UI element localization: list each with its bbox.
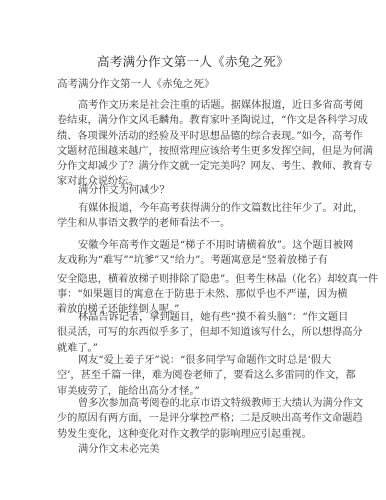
paragraph-line: 学生和从事语文教学的老师看法不一。 <box>57 216 317 231</box>
document-subtitle: 高考满分作文第一人《赤兔之死》 <box>57 76 215 91</box>
document-page: 高考满分作文第一人《赤兔之死》 高考满分作文第一人《赤兔之死》 高考作文历来是社… <box>0 0 386 500</box>
paragraph-line: 曾多次参加高考阅卷的北京市语文特级教师王大绩认为满分作文 <box>57 396 317 411</box>
paragraph-line: 林晶告诉记者，拿到题目，她有些“摸不着头脑”：“作文题目 <box>57 310 317 325</box>
paragraph-line: 安全隐患，横着放梯子则排除了隐患”。但考生林晶（化名）却较真一件 <box>57 272 317 287</box>
paragraph-intro: 高考作文历来是社会注重的话题。据媒体报道，近日多省高考阅 卷结束，满分作文风毛麟… <box>57 98 317 190</box>
paragraph-line: 绩、各项课外活动的经验及平时思想品德的综合表现。”如今，高考作 <box>57 129 317 144</box>
paragraph-teacher-wang: 曾多次参加高考阅卷的北京市语文特级教师王大绩认为满分作文 少的原因有两方面，一是… <box>57 396 317 442</box>
paragraph-line: 很灵活，可写的东西似乎多了，但却不知道该写什么，所以想得高分 <box>57 325 317 340</box>
paragraph-line: 分作文却减少了？满分作文就一定完美吗？网友、考生、教师、教育专 <box>57 159 317 174</box>
paragraph-line: 少的原因有两方面，一是评分掌控严格；二是反映出高考作文命题趋 <box>57 411 317 426</box>
section-heading: 满分作文为何减少？ <box>78 181 170 196</box>
paragraph-linjing: 林晶告诉记者，拿到题目，她有些“摸不着头脑”：“作文题目 很灵活，可写的东西似乎… <box>57 310 317 356</box>
paragraph-line: 空’，甚至千篇一律，难为阅卷老师了，要看这么多雷同的作文，都 <box>57 368 317 383</box>
paragraph-netizen: 网友“爱上姜子牙”说：“很多同学写命题作文时总是‘假大 空’，甚至千篇一律，难为… <box>57 353 317 399</box>
document-title: 高考满分作文第一人《赤兔之死》 <box>0 52 386 70</box>
paragraph-line: 网友“爱上姜子牙”说：“很多同学写命题作文时总是‘假大 <box>57 353 317 368</box>
paragraph-line: 高考作文历来是社会注重的话题。据媒体报道，近日多省高考阅 <box>57 98 317 113</box>
paragraph-line: 卷结束，满分作文风毛麟角。教育家叶圣陶说过，“作文是各科学习成 <box>57 113 317 128</box>
paragraph-line: 有媒体报道，今年高考获得满分的作文篇数比往年少了。对此， <box>57 201 317 216</box>
paragraph-line: 友戏称为“难写”“坑爹”又“给力”。考题寓意是“竖着放梯子有 <box>57 253 317 268</box>
paragraph-line: 事：“如果题目的寓意在于防患于未然、那似乎也不严谨，因为横 <box>57 287 317 302</box>
section-heading: 满分作文未必完美 <box>78 440 160 455</box>
paragraph-line: 文题材范围越来越广，按照常理应该给考生更多发挥空间，但是为何满 <box>57 144 317 159</box>
paragraph-line: 安徽今年高考作文题是“梯子不用时请横着放”。这个题目被网 <box>57 238 317 253</box>
paragraph-anhui-topic: 安徽今年高考作文题是“梯子不用时请横着放”。这个题目被网 友戏称为“难写”“坑爹… <box>57 238 317 317</box>
paragraph-media-report: 有媒体报道，今年高考获得满分的作文篇数比往年少了。对此， 学生和从事语文教学的老… <box>57 201 317 232</box>
